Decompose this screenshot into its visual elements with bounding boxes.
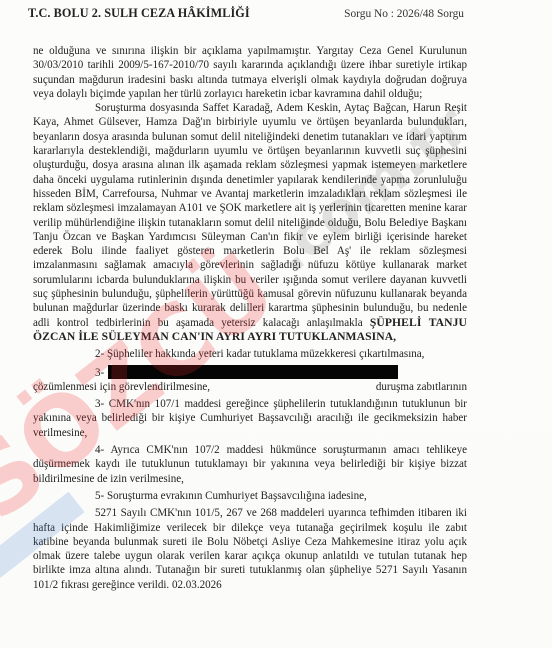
item-2-warrant: 2- Şüpheliler hakkında yeteri kadar tutu…: [33, 347, 467, 361]
interrogation-number: Sorgu No : 2026/48 Sorgu: [344, 8, 464, 20]
redaction-bar: [108, 365, 398, 379]
closing-paragraph: 5271 Sayılı CMK'nın 101/5, 267 ve 268 ma…: [33, 506, 467, 592]
court-title: T.C. BOLU 2. SULH CEZA HÂKİMLİĞİ: [28, 6, 250, 21]
item-3-prefix: 3-: [95, 367, 104, 379]
paragraph-findings: Soruşturma dosyasında Saffet Karadağ, Ad…: [33, 101, 467, 344]
item-4-notification: 4- Ayrıca CMK'nın 107/2 maddesi hükmünce…: [33, 443, 467, 486]
document-page: T.C. BOLU 2. SULH CEZA HÂKİMLİĞİ Sorgu N…: [0, 0, 552, 648]
item-3-suffix: duruşma zabıtlarının: [314, 380, 467, 394]
document-header: T.C. BOLU 2. SULH CEZA HÂKİMLİĞİ Sorgu N…: [28, 6, 522, 21]
document-body: ne olduğuna ve sınırına ilişkin bir açık…: [33, 44, 467, 592]
findings-text: Soruşturma dosyasında Saffet Karadağ, Ad…: [33, 102, 467, 328]
paragraph-legal-precedent: ne olduğuna ve sınırına ilişkin bir açık…: [33, 44, 467, 101]
item-3-notification: 3- CMK'nın 107/1 maddesi gereğince şüphe…: [33, 397, 467, 440]
item-3-redacted: 3-duruşma zabıtlarının: [33, 365, 467, 380]
item-5-return: 5- Soruşturma evrakının Cumhuriyet Başsa…: [33, 489, 467, 503]
